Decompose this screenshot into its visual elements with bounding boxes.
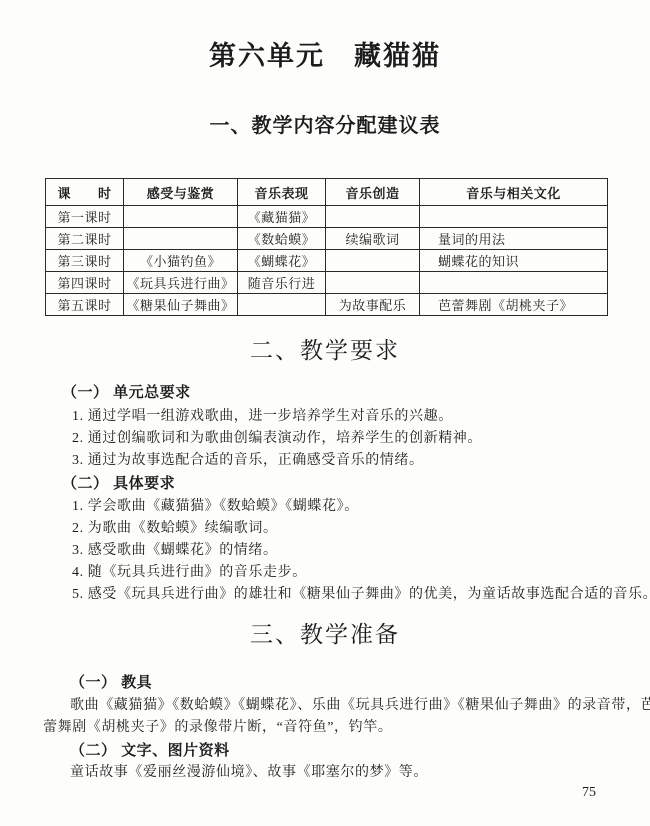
table-cell bbox=[420, 272, 608, 294]
table-cell: 第四课时 bbox=[46, 272, 124, 294]
table-cell: 随音乐行进 bbox=[238, 272, 326, 294]
table-cell bbox=[326, 250, 420, 272]
table-row: 第五课时 《糖果仙子舞曲》 为故事配乐 芭蕾舞剧《胡桃夹子》 bbox=[46, 294, 608, 316]
table-cell: 《蝴蝶花》 bbox=[238, 250, 326, 272]
requirement-item: 2. 为歌曲《数蛤蟆》续编歌词。 bbox=[72, 517, 278, 537]
table-cell bbox=[124, 228, 238, 250]
subsection-heading-unit-requirements: （一） 单元总要求 bbox=[62, 381, 191, 402]
table-cell bbox=[420, 206, 608, 228]
table-cell bbox=[124, 206, 238, 228]
table-header-cell: 音乐表现 bbox=[238, 179, 326, 206]
requirement-item: 3. 感受歌曲《蝴蝶花》的情绪。 bbox=[72, 539, 278, 559]
table-row: 第一课时 《藏猫猫》 bbox=[46, 206, 608, 228]
requirement-item: 2. 通过创编歌词和为歌曲创编表演动作，培养学生的创新精神。 bbox=[72, 427, 482, 447]
table-header-cell: 感受与鉴赏 bbox=[124, 179, 238, 206]
subsection-heading-specific-requirements: （二） 具体要求 bbox=[62, 472, 175, 493]
table-cell: 为故事配乐 bbox=[326, 294, 420, 316]
schedule-table: 课 时 感受与鉴赏 音乐表现 音乐创造 音乐与相关文化 第一课时 《藏猫猫》 第… bbox=[45, 178, 608, 316]
table-header-cell: 课 时 bbox=[46, 179, 124, 206]
table-cell: 《小猫钓鱼》 bbox=[124, 250, 238, 272]
paragraph-line: 蕾舞剧《胡桃夹子》的录像带片断，“音符鱼”，钓竿。 bbox=[43, 716, 392, 736]
requirement-item: 3. 通过为故事选配合适的音乐，正确感受音乐的情绪。 bbox=[72, 449, 424, 469]
page-title: 第六单元 藏猫猫 bbox=[0, 34, 650, 73]
page-number: 75 bbox=[582, 785, 596, 801]
subsection-heading-teaching-aids: （一） 教具 bbox=[70, 671, 152, 692]
table-cell: 续编歌词 bbox=[326, 228, 420, 250]
paragraph-line: 歌曲《藏猫猫》《数蛤蟆》《蝴蝶花》、乐曲《玩具兵进行曲》《糖果仙子舞曲》的录音带… bbox=[70, 694, 650, 714]
table-cell: 第一课时 bbox=[46, 206, 124, 228]
table-cell bbox=[238, 294, 326, 316]
table-cell: 第三课时 bbox=[46, 250, 124, 272]
table-row: 第二课时 《数蛤蟆》 续编歌词 量词的用法 bbox=[46, 228, 608, 250]
requirement-item: 1. 学会歌曲《藏猫猫》《数蛤蟆》《蝴蝶花》。 bbox=[72, 495, 359, 515]
table-cell bbox=[326, 272, 420, 294]
subsection-heading-text-picture-materials: （二） 文字、图片资料 bbox=[70, 739, 230, 760]
table-cell: 《糖果仙子舞曲》 bbox=[124, 294, 238, 316]
requirement-item: 4. 随《玩具兵进行曲》的音乐走步。 bbox=[72, 561, 307, 581]
table-cell bbox=[326, 206, 420, 228]
table-header-cell: 音乐创造 bbox=[326, 179, 420, 206]
table-row: 第三课时 《小猫钓鱼》 《蝴蝶花》 蝴蝶花的知识 bbox=[46, 250, 608, 272]
requirement-item: 5. 感受《玩具兵进行曲》的雄壮和《糖果仙子舞曲》的优美，为童话故事选配合适的音… bbox=[72, 583, 650, 603]
table-row: 第四课时 《玩具兵进行曲》 随音乐行进 bbox=[46, 272, 608, 294]
paragraph-line: 童话故事《爱丽丝漫游仙境》、故事《耶塞尔的梦》等。 bbox=[70, 761, 428, 781]
table-cell: 第五课时 bbox=[46, 294, 124, 316]
table-cell: 芭蕾舞剧《胡桃夹子》 bbox=[420, 294, 608, 316]
section-1-heading: 一、教学内容分配建议表 bbox=[0, 109, 650, 138]
table-cell: 第二课时 bbox=[46, 228, 124, 250]
table-cell: 蝴蝶花的知识 bbox=[420, 250, 608, 272]
table-cell: 《数蛤蟆》 bbox=[238, 228, 326, 250]
table-header-row: 课 时 感受与鉴赏 音乐表现 音乐创造 音乐与相关文化 bbox=[46, 179, 608, 206]
table-cell: 《玩具兵进行曲》 bbox=[124, 272, 238, 294]
requirement-item: 1. 通过学唱一组游戏歌曲，进一步培养学生对音乐的兴趣。 bbox=[72, 405, 453, 425]
section-3-heading: 三、教学准备 bbox=[0, 616, 650, 649]
table-header-cell: 音乐与相关文化 bbox=[420, 179, 608, 206]
table-cell: 《藏猫猫》 bbox=[238, 206, 326, 228]
book-page: 第六单元 藏猫猫 一、教学内容分配建议表 课 时 感受与鉴赏 音乐表现 音乐创造… bbox=[0, 0, 650, 826]
section-2-heading: 二、教学要求 bbox=[0, 332, 650, 365]
table-cell: 量词的用法 bbox=[420, 228, 608, 250]
